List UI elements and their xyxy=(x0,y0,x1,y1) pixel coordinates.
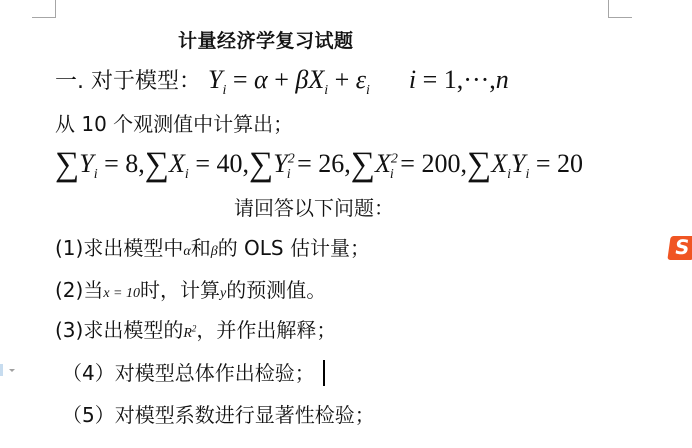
document-title: 计量经济学复习试题 xyxy=(178,26,354,53)
question-2: (2)当x = 10时，计算y的预测值。 xyxy=(55,274,326,303)
dropdown-arrow-icon[interactable] xyxy=(9,369,15,372)
sum-2: ∑Xi = 40, xyxy=(145,149,249,178)
page-corner-mark-top-right xyxy=(608,0,632,18)
question-4: （4）对模型总体作出检验； xyxy=(62,357,325,386)
observations-line: 从 10 个观测值中计算出； xyxy=(55,108,293,137)
sum-4: ∑X2i = 200, xyxy=(351,149,467,178)
sums-equation: ∑Yi = 8,∑Xi = 40,∑Y2i = 26,∑X2i = 200,∑X… xyxy=(55,146,583,184)
question-5: （5）对模型系数进行显著性检验； xyxy=(62,399,375,428)
paragraph-marker xyxy=(0,364,3,376)
page-corner-mark-top-left xyxy=(32,0,56,18)
question-1: (1)求出模型中α和β的 OLS 估计量； xyxy=(55,232,370,261)
prompt-line: 请回答以下问题： xyxy=(234,192,394,221)
sum-1: ∑Yi = 8, xyxy=(55,149,145,178)
question-3: (3)求出模型的R2，并作出解释； xyxy=(55,314,336,343)
text-cursor xyxy=(323,360,325,386)
model-equation: Yi = α + βXi + εi i = 1,···,n xyxy=(208,65,509,94)
sum-3: ∑Y2i = 26, xyxy=(249,149,351,178)
ime-toolbar[interactable]: S xyxy=(669,236,692,262)
section-prefix: 一. 对于模型： xyxy=(55,69,201,94)
sum-5: ∑XiYi = 20 xyxy=(467,149,583,178)
model-line: 一. 对于模型： Yi = α + βXi + εi i = 1,···,n xyxy=(55,64,509,99)
sogou-ime-icon[interactable]: S xyxy=(667,236,692,260)
